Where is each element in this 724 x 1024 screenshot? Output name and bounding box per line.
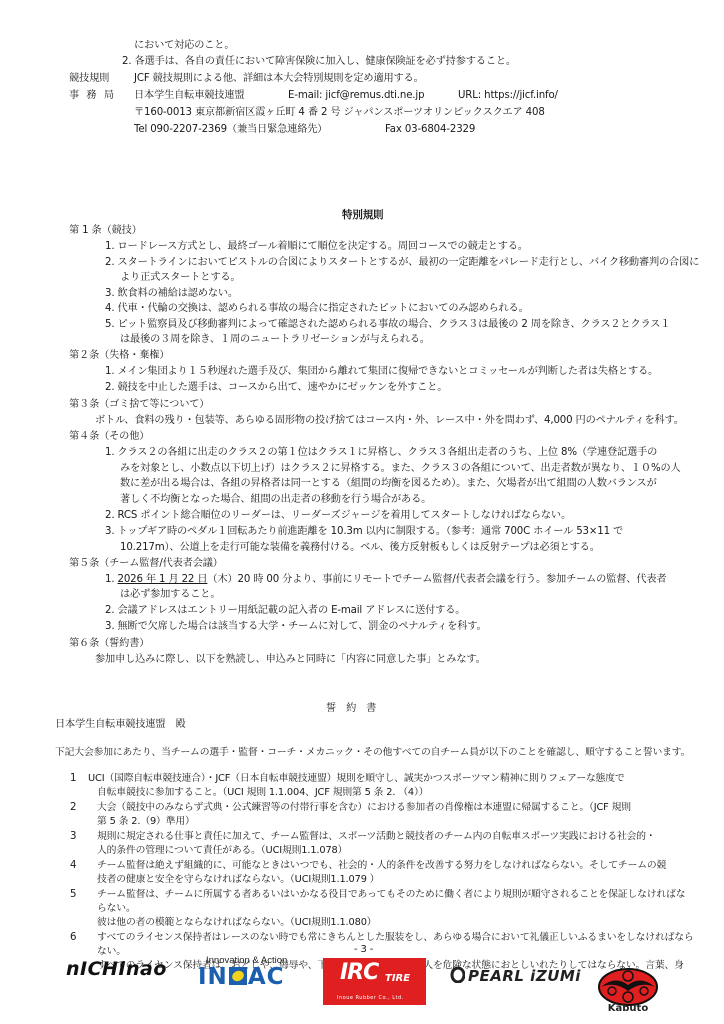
article-6-item: 参加申し込みに際し、以下を熟読し、申込みと同時に「内容に同意した事」とみなす。 <box>95 653 486 667</box>
special-rules-title: 特別規則 <box>342 208 383 222</box>
pledge-item-line: ない。 <box>97 945 126 959</box>
article-4-item: みを対象とし、小数点以下切上げ）はクラス２に昇格する。また、クラス３の各組につい… <box>120 462 681 476</box>
article-5-item: 3. 無断で欠席した場合は該当する大学・チームに対して、罰金のペナルティを科す。 <box>105 620 487 634</box>
article-1-item: は最後の３周を除き、１周のニュートラリゼーションが与えられる。 <box>120 333 430 347</box>
pledge-item-line: 技者の健康と安全を守らなければならない。（UCI規則1.1.079 ） <box>97 873 379 887</box>
inoac-wordmark: INAC <box>198 967 285 985</box>
meeting-details: （木）20 時 00 分より、事前にリモートでチーム監督/代表者会議を行う。参加… <box>207 574 666 585</box>
article-1-item: 2. スタートラインにおいてピストルの合図によりスタートとするが、最初の一定距離… <box>105 256 699 270</box>
office-url: URL: https://jicf.info/ <box>458 89 558 103</box>
article-2-item: 1. メイン集団より１５秒遅れた選手及び、集団から離れて集団に復帰できないとコミ… <box>105 365 658 379</box>
pledge-item-line: チーム監督は、チームに所属する者あるいはいかなる役目であってもそのために働く者に… <box>97 888 685 902</box>
article-4-item: 数に差が出る場合は、各組の昇格者は同一とする（組間の均衡を図るため）。また、欠場… <box>120 477 657 491</box>
article-4-item: 1. クラス２の各組に出走のクラス２の第１位はクラス１に昇格し、クラス３各組出走… <box>105 446 657 460</box>
article-4-item: 2. RCS ポイント総合順位のリーダーは、リーダーズジャージを着用してスタート… <box>105 509 571 523</box>
irc-tire-logo: IRC TIRE Inoue Rubber Co., Ltd. <box>323 958 426 1005</box>
article-1-item: 3. 飲食料の補給は認めない。 <box>105 287 238 301</box>
pledge-item-line: 自転車競技に参加すること。（UCI 規則 1.1.004、JCF 規則第 5 条… <box>97 786 428 800</box>
article-1-item: より正式スタートとする。 <box>120 271 240 285</box>
office-tel: Tel 090-2207-2369（兼当日緊急連絡先） <box>134 123 327 137</box>
kabuto-wordmark: Kabuto <box>597 1002 659 1016</box>
article-4-heading: 第４条（その他） <box>69 430 149 444</box>
pledge-item-line: 第 5 条 2.（9）準用） <box>97 815 195 829</box>
pearl-izumi-logo: PEARL iZUMi <box>449 966 581 983</box>
pledge-item-line: 人的条件の管理について責任がある。（UCI規則1.1.078） <box>97 844 347 858</box>
pledge-item-line: 彼は他の者の模範とならなければならない。（UCI規則1.1.080） <box>97 916 376 930</box>
pledge-item-number: 4 <box>70 859 76 873</box>
pearl-izumi-mark-icon <box>449 966 465 983</box>
inoac-o-icon <box>229 967 247 985</box>
item-number: 1. <box>105 574 114 585</box>
article-5-heading: 第５条（チーム監督/代表者会議） <box>69 557 223 571</box>
pledge-item-line: チーム監督は絶えず組織的に、可能なときはいつでも、社会的・人的条件を改善する努力… <box>97 859 666 873</box>
pledge-item-line: UCI（国際自転車競技連合）・JCF（日本自転車競技連盟）規則を順守し、誠実かつ… <box>88 772 625 786</box>
nichinao-logo: nICHInao <box>66 962 167 976</box>
article-5-item: 2. 会議アドレスはエントリー用紙記載の記入者の E-mail アドレスに送付す… <box>105 604 465 618</box>
rules-label: 競技規則 <box>69 72 109 86</box>
article-5-item-1: 1. 2026 年 1 月 22 日（木）20 時 00 分より、事前にリモート… <box>105 573 666 587</box>
office-label: 事 務 局 <box>69 89 116 103</box>
pledge-item-line: 大会（競技中のみならず式典・公式練習等の付帯行事を含む）における参加者の肖像権は… <box>97 801 631 815</box>
pledge-item-number: 5 <box>70 888 76 902</box>
article-1-item: 4. 代車・代輪の交換は、認められる事故の場合に指定されたピットにおいてのみ認め… <box>105 302 529 316</box>
office-address: 〒160-0013 東京都新宿区霞ヶ丘町 4 番 2 号 ジャパンスポーツオリン… <box>134 106 545 120</box>
article-1-heading: 第 1 条（競技） <box>69 224 142 238</box>
article-5-item-1-cont: は必ず参加すること。 <box>120 588 220 602</box>
rules-text: JCF 競技規則による他、詳細は本大会特別規則を定め適用する。 <box>134 72 424 86</box>
article-4-item: 3. トップギア時のペダル１回転あたり前進距離を 10.3m 以内に制限する。（… <box>105 525 623 539</box>
pledge-item-line: すべてのライセンス保持者はレースのない時でも常にきちんとした服装をし、あらゆる場… <box>97 931 694 945</box>
continuation-line: において対応のこと。 <box>134 39 234 53</box>
pledge-item-line: 規則に規定される仕事と責任に加えて、チーム監督は、スポーツ活動と競技者のチーム内… <box>97 830 656 844</box>
article-4-item: 10.217m）、公道上を走行可能な装備を義務付ける。ベル、後方反射板もしくは反… <box>120 541 600 555</box>
irc-wordmark: IRC <box>340 966 378 980</box>
article-1-item: 5. ピット監察員及び移動審判によって確認された認められる事故の場合、クラス３は… <box>105 318 670 332</box>
inoac-text-right: AC <box>248 964 285 990</box>
article-4-item: 著しく不均衡となった場合、組間の出走者の移動を行う場合がある。 <box>120 493 431 507</box>
page-number: - 3 - <box>354 943 373 957</box>
pledge-item-number: 2 <box>70 801 76 815</box>
pledge-title: 誓 約 書 <box>326 702 376 716</box>
pearl-izumi-wordmark: PEARL iZUMi <box>468 967 581 985</box>
office-email: E-mail: jicf@remus.dti.ne.jp <box>288 89 424 103</box>
pledge-item-line: らない。 <box>97 902 136 916</box>
pledge-item-number: 3 <box>70 830 76 844</box>
article-2-item: 2. 競技を中止した選手は、コースから出て、速やかにゼッケンを外すこと。 <box>105 381 447 395</box>
inoac-text-left: IN <box>198 964 228 990</box>
article-6-heading: 第６条（誓約書） <box>69 637 149 651</box>
article-2-heading: 第２条（失格・棄権） <box>69 349 169 363</box>
irc-tire-text: TIRE <box>385 972 410 986</box>
pledge-item-number: 1 <box>70 772 76 786</box>
article-3-item: ボトル、食料の残り・包装等、あらゆる固形物の投げ捨てはコース内・外、レース中・外… <box>95 414 684 428</box>
pledge-item-number: 6 <box>70 931 76 945</box>
article-3-heading: 第３条（ゴミ捨て等について） <box>69 398 209 412</box>
pledge-intro: 下記大会参加にあたり、当チームの選手・監督・コーチ・メカニック・その他すべての自… <box>55 746 690 760</box>
article-1-item: 1. ロードレース方式とし、最終ゴール着順にて順位を決定する。周回コースでの競走… <box>105 240 528 254</box>
irc-company-text: Inoue Rubber Co., Ltd. <box>337 991 404 1005</box>
office-fax: Fax 03-6804-2329 <box>385 123 475 137</box>
item-insurance: 2. 各選手は、各自の責任において障害保険に加入し、健康保険証を必ず持参すること… <box>122 55 516 69</box>
office-name: 日本学生自転車競技連盟 <box>134 89 244 103</box>
pledge-addressee: 日本学生自転車競技連盟 殿 <box>55 718 186 732</box>
meeting-date: 2026 年 1 月 22 日 <box>118 574 208 585</box>
